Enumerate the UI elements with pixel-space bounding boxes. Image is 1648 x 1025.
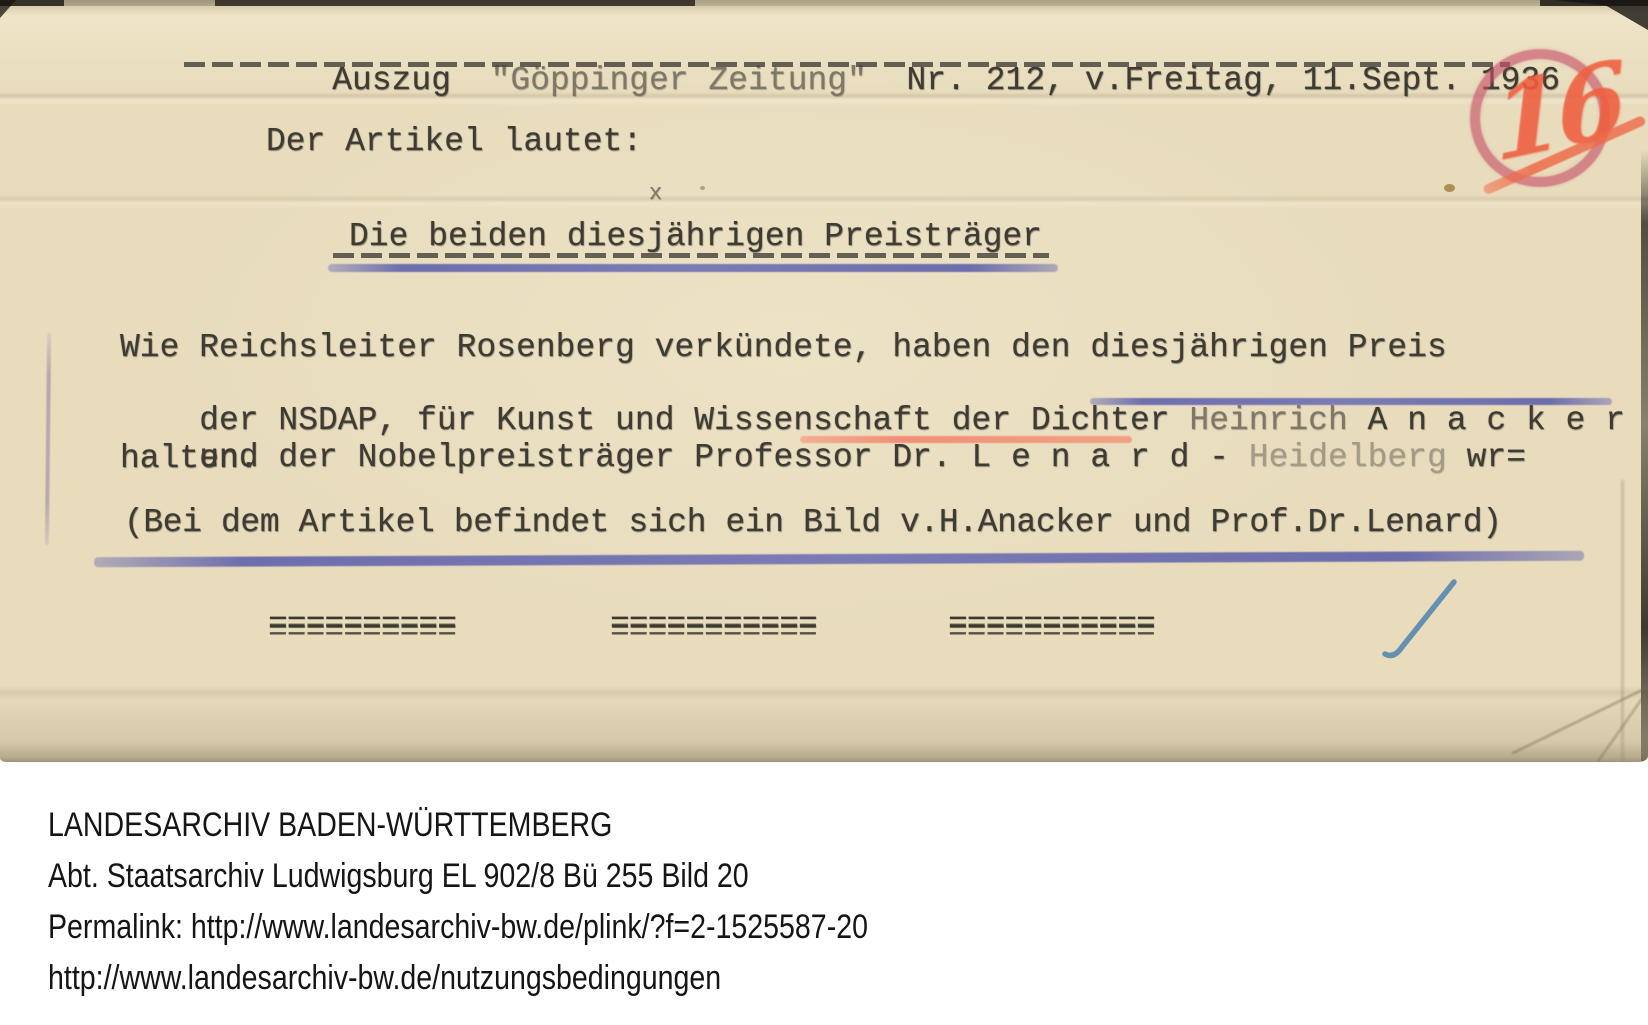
- header-part-3: Nr. 212, v.Freitag, 11.Sept. 1936: [867, 62, 1560, 99]
- body-line-3a: und der Nobelpreisträger Professor: [199, 439, 892, 476]
- note-line: (Bei dem Artikel befindet sich ein Bild …: [124, 505, 1502, 541]
- margin-pencil-line: [45, 333, 51, 545]
- name-heidelberg: Heidelberg: [1249, 439, 1447, 476]
- header-underline: [184, 62, 1510, 67]
- scan-corner-top-left: [0, 0, 16, 18]
- name-lenard: Dr. L e n a r d: [892, 439, 1189, 476]
- scan-top-edge: [0, 0, 1648, 6]
- caption-terms-url: http://www.landesarchiv-bw.de/nutzungsbe…: [48, 959, 721, 998]
- document-scan: Auszug "Göppinger Zeitung" Nr. 212, v.Fr…: [0, 0, 1648, 762]
- header-line: Auszug "Göppinger Zeitung" Nr. 212, v.Fr…: [253, 27, 1560, 136]
- body-line-1: Wie Reichsleiter Rosenberg verkündete, h…: [120, 330, 1447, 366]
- body-line-3e: wr=: [1447, 439, 1526, 476]
- header-part-1: Auszug: [332, 62, 490, 99]
- separator-group-1: ==========: [268, 606, 456, 643]
- archive-image-page: { "document": { "header": { "part1": "Au…: [0, 0, 1648, 1025]
- note-blue-underline: [94, 551, 1584, 568]
- scan-right-edge: [1641, 150, 1648, 762]
- blue-check-mark: [1378, 575, 1462, 661]
- heading-dashed-underline: [333, 253, 1049, 258]
- paper-corner-crease-2: [1597, 654, 1648, 762]
- separator-group-3: ===========: [948, 606, 1155, 643]
- lenard-red-underline: [800, 436, 1132, 443]
- paper-corner-crease-1: [1511, 686, 1647, 754]
- paper-speck-1: [1444, 184, 1455, 192]
- caption-archive-name: LANDESARCHIV BADEN-WÜRTTEMBERG: [48, 806, 612, 845]
- header-newspaper-title: "Göppinger Zeitung": [491, 62, 867, 99]
- caption-permalink: Permalink: http://www.landesarchiv-bw.de…: [48, 908, 868, 947]
- heading-blue-underline: [328, 264, 1058, 272]
- body-line-3: und der Nobelpreisträger Professor Dr. L…: [120, 404, 1526, 513]
- separator-group-2: ===========: [610, 606, 817, 643]
- intro-line: Der Artikel lautet:: [266, 124, 642, 160]
- body-line-4: halten.: [120, 441, 259, 477]
- article-heading: Die beiden diesjährigen Preisträger: [349, 219, 1042, 255]
- center-mark: x: [649, 182, 662, 206]
- caption-fond-reference: Abt. Staatsarchiv Ludwigsburg EL 902/8 B…: [48, 857, 749, 896]
- paper-speck-2: [700, 186, 705, 190]
- paper-right-fold: [1621, 480, 1624, 762]
- body-line-3c: -: [1189, 439, 1248, 476]
- scan-corner-top-right: [1554, 0, 1648, 30]
